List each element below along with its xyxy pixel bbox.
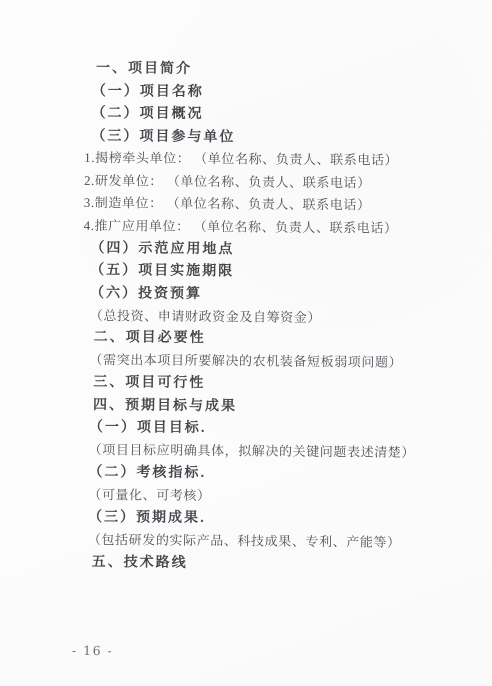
- document-line: 五、技术路线: [81, 550, 415, 575]
- document-line: （一）项目名称: [85, 78, 419, 103]
- document-line: （总投资、申请财政资金及自筹资金）: [83, 303, 417, 328]
- document-line: （三）项目参与单位: [84, 123, 418, 148]
- document-line: （需突出本项目所要解决的农机装备短板弱项问题）: [82, 348, 416, 373]
- document-line: （可量化、可考核）: [81, 482, 415, 507]
- page-number: - 16 -: [72, 643, 113, 658]
- document-line: 1.揭榜牵头单位： （单位名称、负责人、联系电话）: [84, 146, 418, 171]
- document-line: （二）考核指标.: [81, 460, 415, 485]
- document-line: （六）投资预算: [83, 280, 417, 305]
- document-line: （四）示范应用地点: [83, 235, 417, 260]
- document-line: 4.推广应用单位： （单位名称、负责人、联系电话）: [84, 213, 418, 238]
- document-line: （项目目标应明确具体，拟解决的关键问题表述清楚）: [82, 437, 416, 462]
- document-line: 四、预期目标与成果: [82, 392, 416, 417]
- scanned-document-page: 一、项目简介（一）项目名称（二）项目概况（三）项目参与单位1.揭榜牵头单位： （…: [0, 0, 492, 686]
- document-line: 二、项目必要性: [83, 325, 417, 350]
- document-line: （包括研发的实际产品、科技成果、专利、产能等）: [81, 527, 415, 552]
- document-line: （三）预期成果.: [81, 505, 415, 530]
- document-line: （五）项目实施期限: [83, 258, 417, 283]
- document-line: 三、项目可行性: [82, 370, 416, 395]
- document-line: 一、项目简介: [85, 56, 419, 81]
- document-line: 2.研发单位： （单位名称、负责人、联系电话）: [84, 168, 418, 193]
- document-line: （二）项目概况: [85, 101, 419, 126]
- document-line: （一）项目目标.: [82, 415, 416, 440]
- document-body: 一、项目简介（一）项目名称（二）项目概况（三）项目参与单位1.揭榜牵头单位： （…: [81, 56, 419, 575]
- document-line: 3.制造单位： （单位名称、负责人、联系电话）: [84, 191, 418, 216]
